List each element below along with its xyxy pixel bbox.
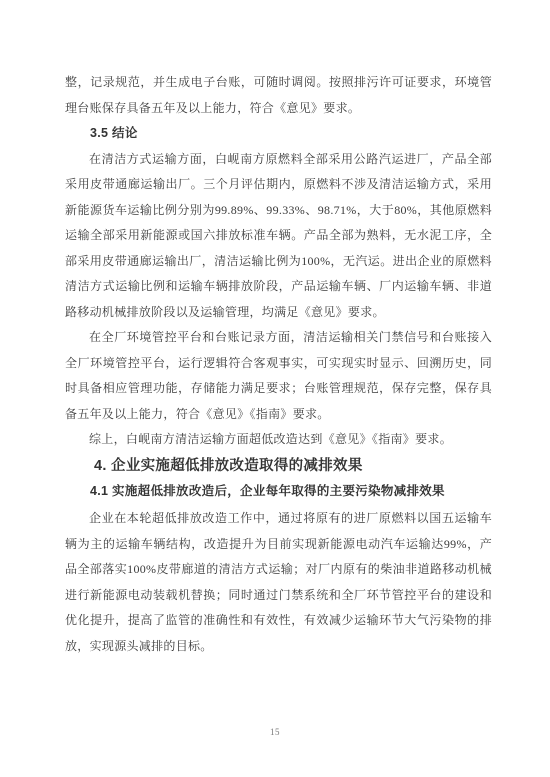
section-heading-4: 4. 企业实施超低排放改造取得的减排效果 — [65, 453, 492, 479]
section-heading-4-1: 4.1 实施超低排放改造后，企业每年取得的主要污染物减排效果 — [65, 479, 492, 505]
document-page: 整，记录规范，并生成电子台账，可随时调阅。按照排污许可证要求，环境管理台账保存具… — [0, 0, 550, 777]
paragraph-continuation: 整，记录规范，并生成电子台账，可随时调阅。按照排污许可证要求，环境管理台账保存具… — [65, 70, 492, 121]
document-body: 整，记录规范，并生成电子台账，可随时调阅。按照排污许可证要求，环境管理台账保存具… — [65, 70, 492, 659]
paragraph-conclusion: 综上，白岘南方清洁运输方面超低改造达到《意见》《指南》要求。 — [65, 427, 492, 453]
paragraph: 在清洁方式运输方面，白岘南方原燃料全部采用公路汽运进厂，产品全部采用皮带通廊运输… — [65, 147, 492, 326]
paragraph: 在全厂环境管控平台和台账记录方面，清洁运输相关门禁信号和台账接入全厂环境管控平台… — [65, 325, 492, 427]
page-number: 15 — [0, 727, 550, 737]
section-heading-3-5: 3.5 结论 — [65, 121, 492, 147]
paragraph: 企业在本轮超低排放改造工作中，通过将原有的进厂原燃料以国五运输车辆为主的运输车辆… — [65, 506, 492, 659]
